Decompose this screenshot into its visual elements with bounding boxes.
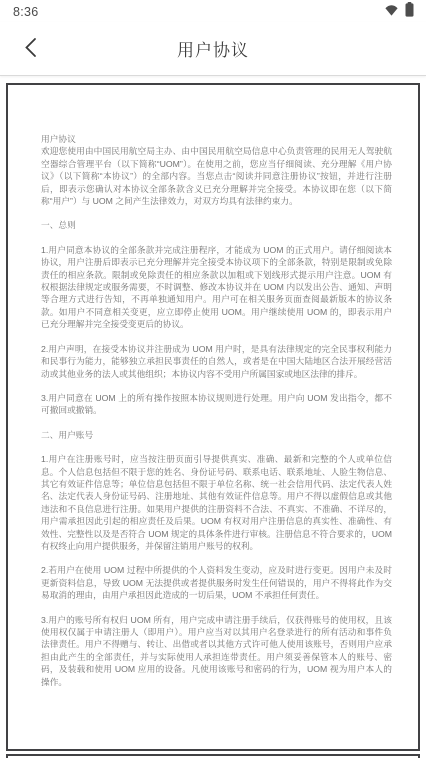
status-icons (385, 2, 414, 22)
page-title: 用户协议 (177, 36, 249, 61)
chevron-left-icon (24, 37, 37, 61)
section-1-paragraph-2: 2.用户声明，在接受本协议并注册成为 UOM 用户时，是具有法律规定的完全民事权… (41, 343, 392, 380)
back-button[interactable] (10, 22, 50, 75)
header: 用户协议 (0, 22, 426, 76)
section-1-paragraph-3: 3.用户同意在 UOM 上的所有操作按照本协议规则进行处理。用户向 UOM 发出… (41, 392, 392, 417)
document-page-1: 用户协议 欢迎您使用由中国民用航空局主办、由中国民用航空局信息中心负责管理的民用… (6, 83, 420, 751)
document-page-2 (6, 754, 420, 758)
wifi-icon (385, 3, 398, 21)
battery-icon (405, 2, 414, 22)
section-2-paragraph-2: 2.若用户在使用 UOM 过程中所提供的个人资料发生变动，应及时进行变更。因用户… (41, 564, 392, 601)
agreement-document-viewer[interactable]: 用户协议 欢迎您使用由中国民用航空局主办、由中国民用航空局信息中心负责管理的民用… (0, 76, 426, 758)
section-2-paragraph-3: 3.用户的账号所有权归 UOM 所有，用户完成申请注册手续后，仅获得账号的使用权… (41, 614, 392, 688)
status-time: 8:36 (13, 5, 39, 19)
section-2-paragraph-1: 1.用户在注册账号时，应当按注册页面引导提供真实、准确、最新和完整的个人或单位信… (41, 453, 392, 552)
document-title: 用户协议 (41, 133, 392, 145)
section-1-heading: 一、总则 (41, 219, 392, 231)
section-2-heading: 二、用户账号 (41, 429, 392, 441)
intro-paragraph: 欢迎您使用由中国民用航空局主办、由中国民用航空局信息中心负责管理的民用无人驾驶航… (41, 145, 392, 207)
status-bar: 8:36 (0, 0, 426, 22)
section-1-paragraph-1: 1.用户同意本协议的全部条款并完成注册程序，才能成为 UOM 的正式用户。请仔细… (41, 244, 392, 331)
